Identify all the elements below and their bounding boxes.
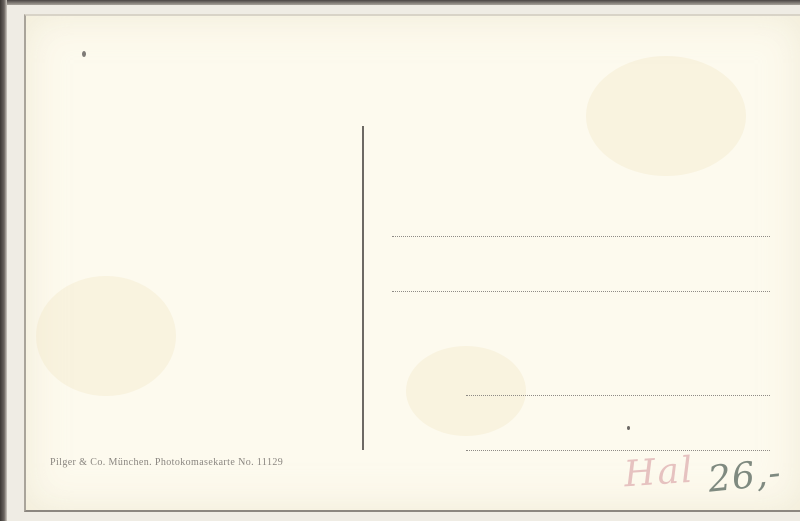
postcard-back bbox=[24, 14, 800, 512]
ink-speck bbox=[82, 51, 86, 57]
handwritten-price: 26,- bbox=[706, 452, 783, 500]
scan-top-edge bbox=[0, 0, 800, 5]
address-line-1 bbox=[392, 236, 770, 237]
paper-stain bbox=[36, 276, 176, 396]
paper-stain bbox=[586, 56, 746, 176]
handwritten-note: Hal bbox=[623, 450, 696, 496]
scan-left-edge bbox=[0, 0, 7, 521]
paper-stain bbox=[406, 346, 526, 436]
address-line-4 bbox=[466, 450, 770, 451]
ink-speck bbox=[627, 426, 630, 430]
message-address-divider bbox=[362, 126, 364, 450]
publisher-imprint: Pilger & Co. München. Photokomasekarte N… bbox=[50, 457, 410, 468]
address-line-3 bbox=[466, 395, 770, 396]
address-line-2 bbox=[392, 291, 770, 292]
